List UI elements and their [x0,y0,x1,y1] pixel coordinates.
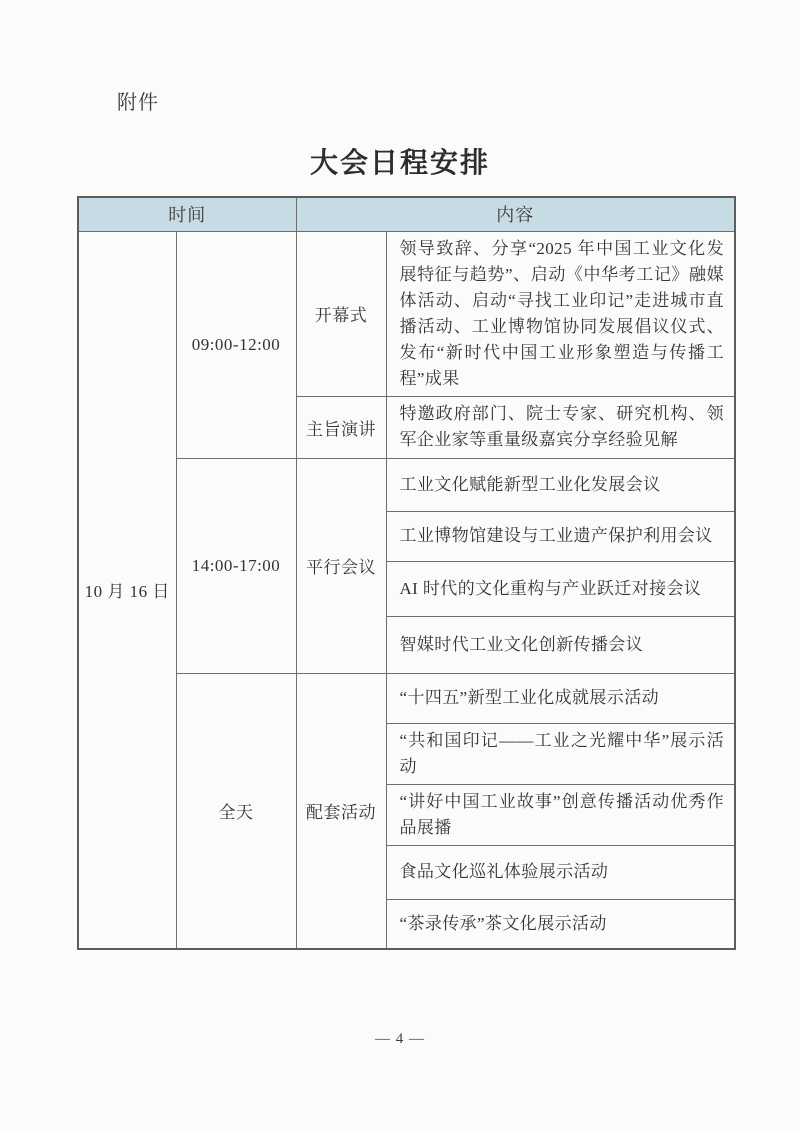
table-row: 14:00-17:00 平行会议 工业文化赋能新型工业化发展会议 [78,458,735,511]
content-cell-parallel-1: 工业文化赋能新型工业化发展会议 [386,458,735,511]
column-header-content: 内容 [296,197,735,231]
content-cell-parallel-3: AI 时代的文化重构与产业跃迁对接会议 [386,561,735,616]
time-cell-afternoon: 14:00-17:00 [176,458,296,673]
schedule-table: 时间 内容 10 月 16 日 09:00-12:00 开幕式 领导致辞、分享“… [77,196,736,950]
time-cell-morning: 09:00-12:00 [176,231,296,458]
content-cell-supporting-5: “茶录传承”茶文化展示活动 [386,899,735,949]
header-row: 时间 内容 [78,197,735,231]
content-cell-opening: 领导致辞、分享“2025 年中国工业文化发展特征与趋势”、启动《中华考工记》融媒… [386,231,735,396]
time-cell-allday: 全天 [176,673,296,949]
page-number: — 4 — [0,1031,800,1048]
content-cell-supporting-3: “讲好中国工业故事”创意传播活动优秀作品展播 [386,784,735,845]
session-label-opening: 开幕式 [296,231,386,396]
content-cell-supporting-2: “共和国印记——工业之光耀中华”展示活动 [386,723,735,784]
page-title: 大会日程安排 [0,141,800,181]
content-cell-parallel-2: 工业博物馆建设与工业遗产保护利用会议 [386,511,735,561]
document-page: 附件 大会日程安排 时间 内容 10 月 16 日 09:00-12:00 开幕… [0,0,800,1131]
table-row: 全天 配套活动 “十四五”新型工业化成就展示活动 [78,673,735,723]
session-label-keynote: 主旨演讲 [296,396,386,458]
table-row: 10 月 16 日 09:00-12:00 开幕式 领导致辞、分享“2025 年… [78,231,735,396]
content-cell-supporting-1: “十四五”新型工业化成就展示活动 [386,673,735,723]
attachment-label: 附件 [117,86,159,115]
date-cell: 10 月 16 日 [78,231,176,949]
content-cell-keynote: 特邀政府部门、院士专家、研究机构、领军企业家等重量级嘉宾分享经验见解 [386,396,735,458]
content-cell-parallel-4: 智媒时代工业文化创新传播会议 [386,616,735,673]
column-header-time: 时间 [78,197,296,231]
content-cell-supporting-4: 食品文化巡礼体验展示活动 [386,845,735,899]
session-label-supporting: 配套活动 [296,673,386,949]
session-label-parallel: 平行会议 [296,458,386,673]
